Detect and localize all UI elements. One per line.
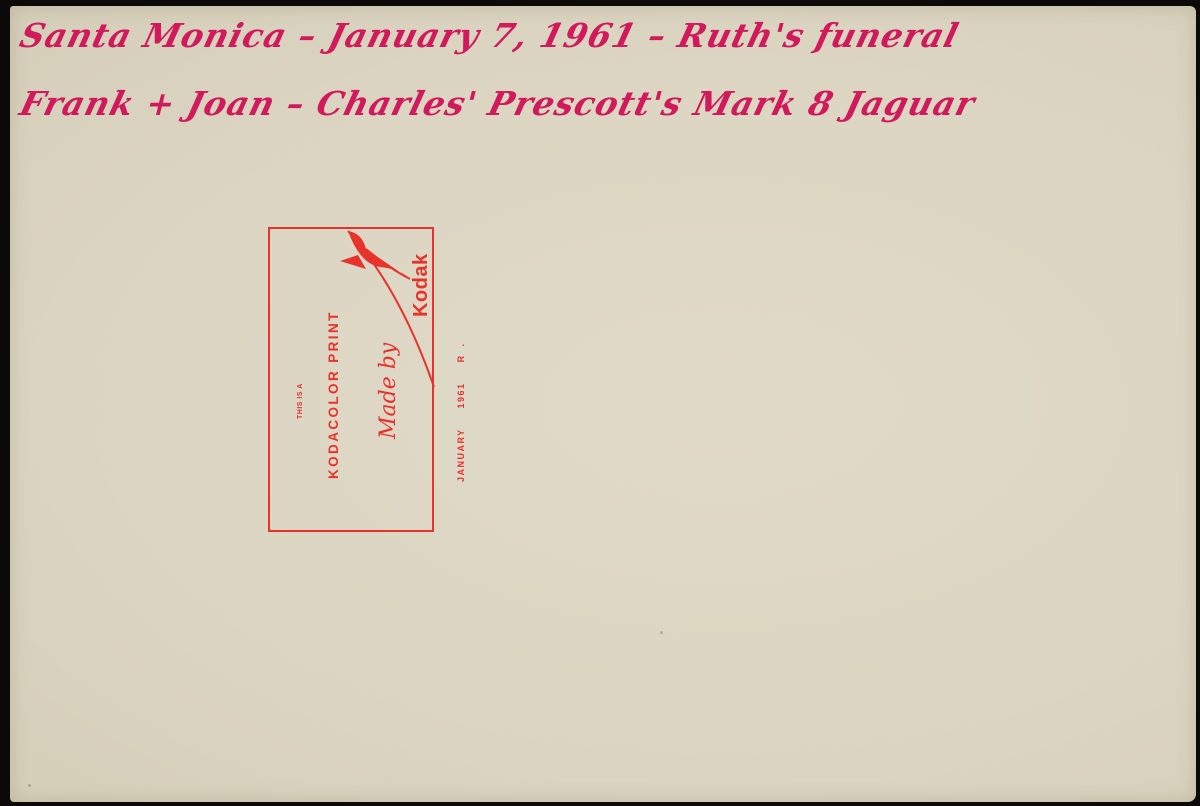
handwritten-line-1: Santa Monica – January 7, 1961 – Ruth's … — [16, 16, 963, 55]
kodak-stamp: THIS IS A KODACOLOR PRINT Made by Kodak — [268, 227, 434, 532]
stamp-small-text: THIS IS A — [297, 383, 304, 419]
date-year: 1961 — [456, 382, 466, 408]
processing-date-stamp: JANUARY 1961 R . — [456, 342, 466, 482]
stamp-brand-logo: Kodak — [410, 253, 433, 317]
date-code: R — [456, 354, 466, 362]
photo-back: Santa Monica – January 7, 1961 – Ruth's … — [10, 6, 1196, 802]
date-month: JANUARY — [456, 428, 466, 482]
paper-speck — [28, 784, 31, 787]
stamp-script-text: Made by — [376, 343, 401, 439]
paper-speck — [660, 631, 663, 634]
stamp-main-text: KODACOLOR PRINT — [326, 310, 341, 479]
handwritten-line-2: Frank + Joan – Charles' Prescott's Mark … — [16, 84, 980, 123]
